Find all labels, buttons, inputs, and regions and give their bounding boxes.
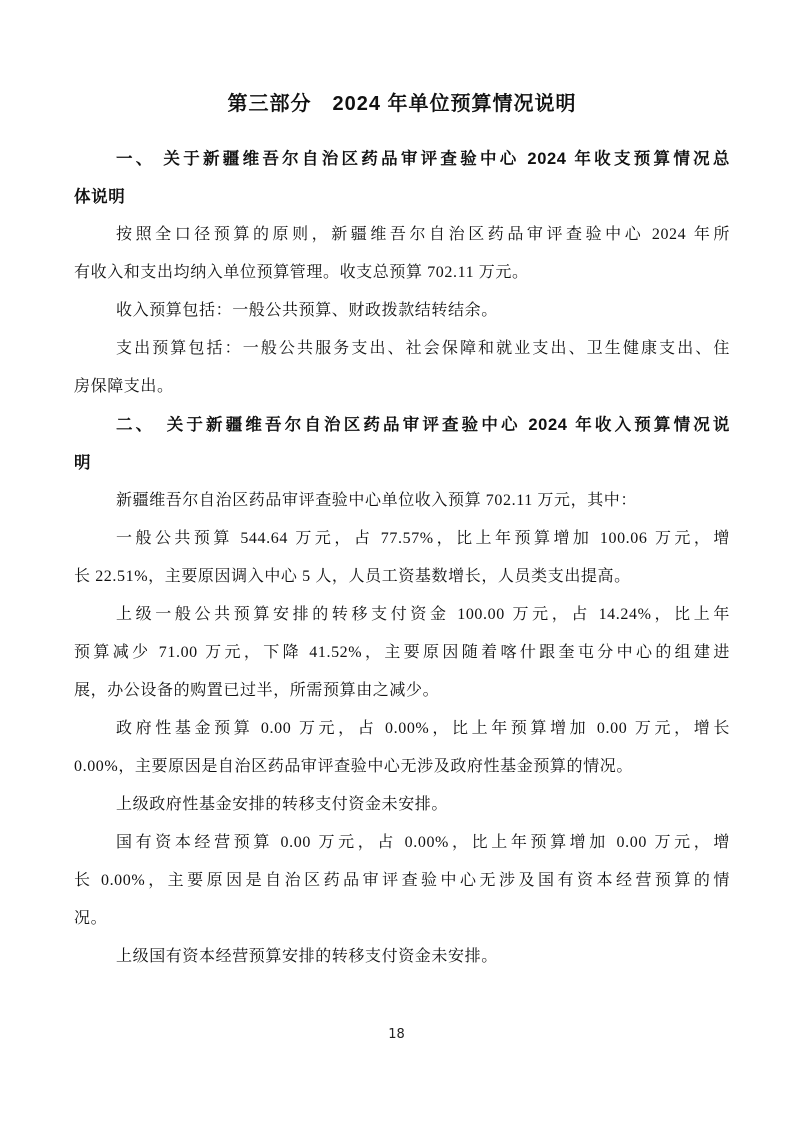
text-line: 房保障支出。 — [74, 368, 730, 406]
paragraph: 按照全口径预算的原则，新疆维吾尔自治区药品审评查验中心 2024 年所有收入和支… — [74, 216, 730, 292]
text-line: 上级国有资本经营预算安排的转移支付资金未安排。 — [74, 938, 730, 976]
document-title: 第三部分 2024 年单位预算情况说明 — [74, 84, 730, 124]
paragraph: 一般公共预算 544.64 万元，占 77.57%，比上年预算增加 100.06… — [74, 520, 730, 596]
text-line: 长 0.00%，主要原因是自治区药品审评查验中心无涉及国有资本经营预算的情 — [74, 862, 730, 900]
text-line: 预算减少 71.00 万元，下降 41.52%，主要原因随着喀什跟奎屯分中心的组… — [74, 634, 730, 672]
text-line: 0.00%，主要原因是自治区药品审评查验中心无涉及政府性基金预算的情况。 — [74, 748, 730, 786]
text-line: 按照全口径预算的原则，新疆维吾尔自治区药品审评查验中心 2024 年所 — [74, 216, 730, 254]
paragraph: 支出预算包括：一般公共服务支出、社会保障和就业支出、卫生健康支出、住房保障支出。 — [74, 330, 730, 406]
text-line: 况。 — [74, 900, 730, 938]
text-line: 体说明 — [74, 178, 730, 216]
text-line: 展，办公设备的购置已过半，所需预算由之减少。 — [74, 672, 730, 710]
text-line: 新疆维吾尔自治区药品审评查验中心单位收入预算 702.11 万元，其中： — [74, 482, 730, 520]
paragraph: 上级政府性基金安排的转移支付资金未安排。 — [74, 786, 730, 824]
text-line: 上级一般公共预算安排的转移支付资金 100.00 万元，占 14.24%，比上年 — [74, 596, 730, 634]
text-line: 政府性基金预算 0.00 万元，占 0.00%，比上年预算增加 0.00 万元，… — [74, 710, 730, 748]
page: 第三部分 2024 年单位预算情况说明 一、 关于新疆维吾尔自治区药品审评查验中… — [0, 0, 793, 1122]
page-number: 18 — [0, 1022, 793, 1048]
text-line: 支出预算包括：一般公共服务支出、社会保障和就业支出、卫生健康支出、住 — [74, 330, 730, 368]
paragraph: 新疆维吾尔自治区药品审评查验中心单位收入预算 702.11 万元，其中： — [74, 482, 730, 520]
text-line: 收入预算包括：一般公共预算、财政拨款结转结余。 — [74, 292, 730, 330]
paragraph: 上级一般公共预算安排的转移支付资金 100.00 万元，占 14.24%，比上年… — [74, 596, 730, 710]
text-line: 一般公共预算 544.64 万元，占 77.57%，比上年预算增加 100.06… — [74, 520, 730, 558]
paragraph: 上级国有资本经营预算安排的转移支付资金未安排。 — [74, 938, 730, 976]
paragraph: 国有资本经营预算 0.00 万元，占 0.00%，比上年预算增加 0.00 万元… — [74, 824, 730, 938]
paragraph: 政府性基金预算 0.00 万元，占 0.00%，比上年预算增加 0.00 万元，… — [74, 710, 730, 786]
heading: 二、 关于新疆维吾尔自治区药品审评查验中心 2024 年收入预算情况说明 — [74, 406, 730, 482]
heading: 一、 关于新疆维吾尔自治区药品审评查验中心 2024 年收支预算情况总体说明 — [74, 140, 730, 216]
text-line: 有收入和支出均纳入单位预算管理。收支总预算 702.11 万元。 — [74, 254, 730, 292]
document-body: 一、 关于新疆维吾尔自治区药品审评查验中心 2024 年收支预算情况总体说明按照… — [74, 140, 730, 976]
text-line: 二、 关于新疆维吾尔自治区药品审评查验中心 2024 年收入预算情况说 — [74, 406, 730, 444]
text-line: 明 — [74, 444, 730, 482]
paragraph: 收入预算包括：一般公共预算、财政拨款结转结余。 — [74, 292, 730, 330]
text-line: 长 22.51%，主要原因调入中心 5 人，人员工资基数增长，人员类支出提高。 — [74, 558, 730, 596]
text-line: 上级政府性基金安排的转移支付资金未安排。 — [74, 786, 730, 824]
text-line: 一、 关于新疆维吾尔自治区药品审评查验中心 2024 年收支预算情况总 — [74, 140, 730, 178]
text-line: 国有资本经营预算 0.00 万元，占 0.00%，比上年预算增加 0.00 万元… — [74, 824, 730, 862]
